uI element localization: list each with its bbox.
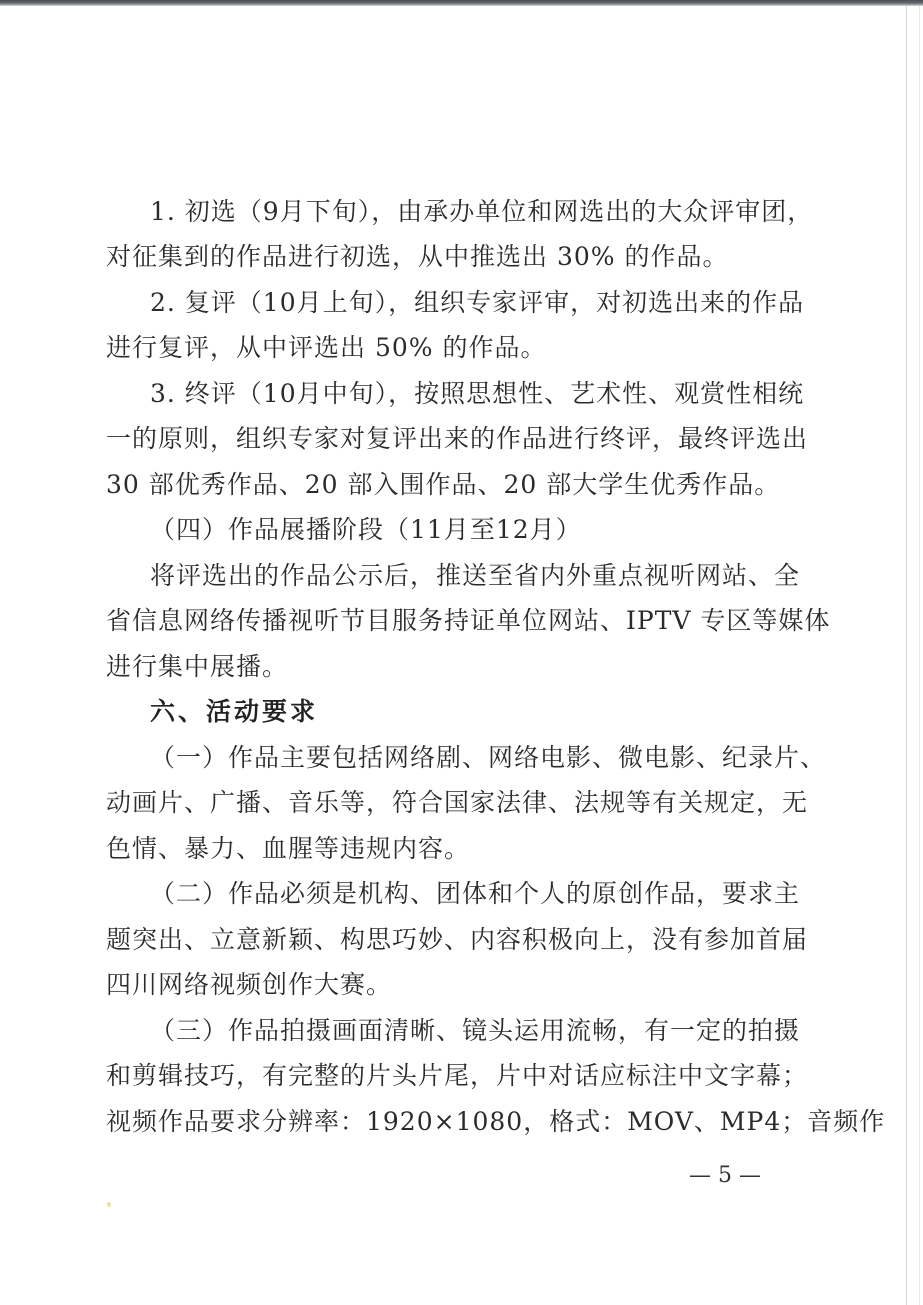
paragraph-req1-line-2: 动画片、广播、音乐等，符合国家法律、法规等有关规定，无 — [106, 783, 773, 823]
scan-speck — [107, 1202, 111, 1207]
paragraph-req1-line-3: 色情、暴力、血腥等违规内容。 — [106, 829, 773, 869]
paragraph-preliminary-line-1: 1. 初选（9月下旬），由承办单位和网选出的大众评审团， — [150, 192, 773, 232]
section-heading-requirements: 六、活动要求 — [150, 692, 773, 732]
paragraph-review-line-2: 进行复评，从中评选出 50% 的作品。 — [106, 328, 773, 368]
paragraph-final-line-3: 30 部优秀作品、20 部入围作品、20 部大学生优秀作品。 — [106, 465, 773, 505]
paragraph-req2-line-3: 四川网络视频创作大赛。 — [106, 965, 773, 1005]
paragraph-final-line-2: 一的原则，组织专家对复评出来的作品进行终评，最终评选出 — [106, 419, 773, 459]
paragraph-req3-line-3: 视频作品要求分辨率：1920×1080，格式：MOV、MP4；音频作 — [106, 1102, 773, 1142]
paragraph-final-line-1: 3. 终评（10月中旬），按照思想性、艺术性、观赏性相统 — [150, 374, 773, 414]
paragraph-req2-line-1: （二）作品必须是机构、团体和个人的原创作品，要求主 — [150, 874, 773, 914]
paragraph-req2-line-2: 题突出、立意新颖、构思巧妙、内容积极向上，没有参加首届 — [106, 920, 773, 960]
paragraph-showcase-line-1: 将评选出的作品公示后，推送至省内外重点视听网站、全 — [150, 556, 773, 596]
paragraph-preliminary-line-2: 对征集到的作品进行初选，从中推选出 30% 的作品。 — [106, 237, 773, 277]
paragraph-req3-line-1: （三）作品拍摄画面清晰、镜头运用流畅，有一定的拍摄 — [150, 1011, 773, 1051]
paragraph-showcase-line-3: 进行集中展播。 — [106, 647, 773, 687]
paragraph-review-line-1: 2. 复评（10月上旬），组织专家评审，对初选出来的作品 — [150, 283, 773, 323]
page-number: — 5 — — [670, 1158, 780, 1194]
section-heading-showcase: （四）作品展播阶段（11月至12月） — [150, 510, 773, 550]
paragraph-showcase-line-2: 省信息网络传播视听节目服务持证单位网站、IPTV 专区等媒体 — [106, 601, 773, 641]
paragraph-req3-line-2: 和剪辑技巧，有完整的片头片尾，片中对话应标注中文字幕； — [106, 1056, 773, 1096]
document-page: 1. 初选（9月下旬），由承办单位和网选出的大众评审团， 对征集到的作品进行初选… — [0, 0, 923, 1305]
paragraph-req1-line-1: （一）作品主要包括网络剧、网络电影、微电影、纪录片、 — [150, 738, 773, 778]
